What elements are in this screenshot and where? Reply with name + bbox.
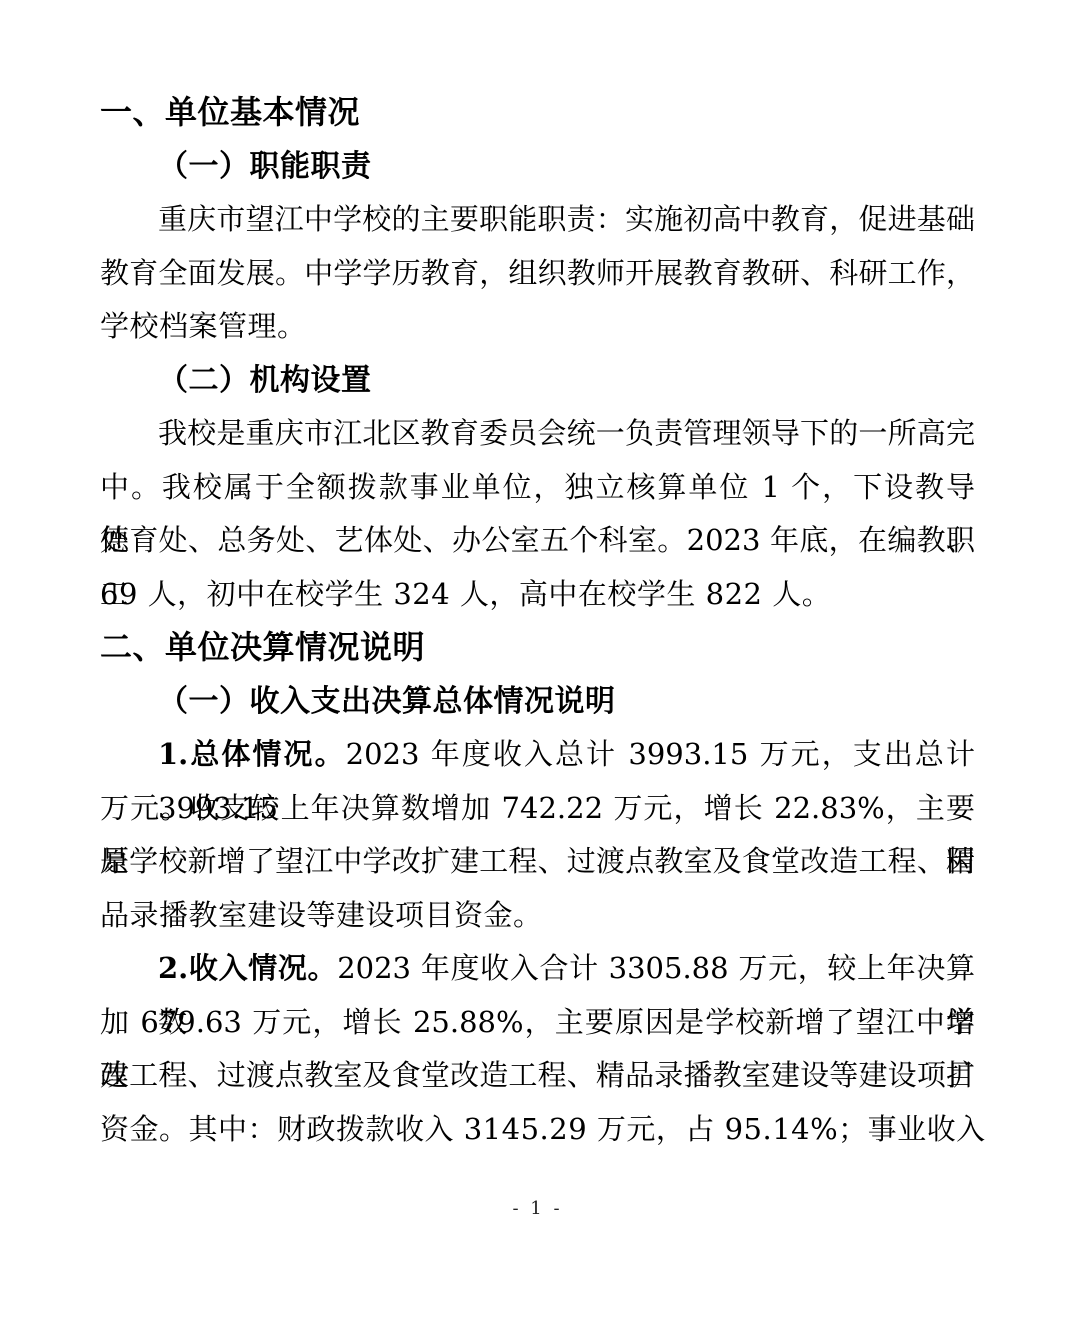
text-run: 品录播教室建设等建设项目资金。 [100, 898, 543, 932]
body-text-line: 1.总体情况。2023 年度收入总计 3993.15 万元，支出总计 3993.… [100, 728, 975, 782]
subsection-heading-1-2: （二）机构设置 [100, 354, 975, 408]
body-text-line: 品录播教室建设等建设项目资金。 [100, 889, 975, 943]
text-run: 我校是重庆市江北区教育委员会统一负责管理领导下的一所高完 [158, 416, 975, 450]
text-run: 建工程、过渡点教室及食堂改造工程、精品录播教室建设等建设项目 [100, 1058, 975, 1092]
body-text-line: 我校是重庆市江北区教育委员会统一负责管理领导下的一所高完 [100, 407, 975, 461]
document-page: 一、单位基本情况（一）职能职责重庆市望江中学校的主要职能职责：实施初高中教育，促… [0, 0, 1075, 1327]
body-text-line: 加 679.63 万元，增长 25.88%，主要原因是学校新增了望江中学改扩 [100, 996, 975, 1050]
text-run: 重庆市望江中学校的主要职能职责：实施初高中教育，促进基础 [158, 202, 975, 236]
text-run: 1.总体情况。 [158, 737, 346, 771]
body-text-line: 69 人，初中在校学生 324 人，高中在校学生 822 人。 [100, 568, 975, 622]
body-text-line: 学校档案管理。 [100, 300, 975, 354]
body-text-line: 建工程、过渡点教室及食堂改造工程、精品录播教室建设等建设项目 [100, 1049, 975, 1103]
text-run: 一、单位基本情况 [100, 94, 360, 130]
document-body: 一、单位基本情况（一）职能职责重庆市望江中学校的主要职能职责：实施初高中教育，促… [100, 86, 975, 1156]
text-run: 2.收入情况。 [158, 951, 337, 985]
text-run: （一）职能职责 [158, 149, 372, 184]
subsection-heading-2-1: （一）收入支出决算总体情况说明 [100, 675, 975, 729]
text-run: 是学校新增了望江中学改扩建工程、过渡点教室及食堂改造工程、精 [100, 844, 975, 878]
text-run: 二、单位决算情况说明 [100, 629, 425, 665]
body-text-line: 2.收入情况。2023 年度收入合计 3305.88 万元，较上年决算数增 [100, 942, 975, 996]
body-text-line: 重庆市望江中学校的主要职能职责：实施初高中教育，促进基础 [100, 193, 975, 247]
section-heading-2: 二、单位决算情况说明 [100, 621, 975, 675]
text-run: 教育全面发展。中学学历教育，组织教师开展教育教研、科研工作， [100, 256, 975, 290]
body-text-line: 教育全面发展。中学学历教育，组织教师开展教育教研、科研工作， [100, 247, 975, 301]
subsection-heading-1-1: （一）职能职责 [100, 140, 975, 194]
body-text-line: 中。我校属于全额拨款事业单位，独立核算单位 1 个，下设教导处、 [100, 461, 975, 515]
text-run: 69 人，初中在校学生 324 人，高中在校学生 822 人。 [100, 577, 831, 611]
body-text-line: 是学校新增了望江中学改扩建工程、过渡点教室及食堂改造工程、精 [100, 835, 975, 889]
text-run: 资金。其中：财政拨款收入 3145.29 万元，占 95.14%；事业收入 [100, 1112, 986, 1146]
page-number: - 1 - [0, 1198, 1075, 1219]
text-run: 学校档案管理。 [100, 309, 307, 343]
text-run: （一）收入支出决算总体情况说明 [158, 684, 616, 719]
body-text-line: 万元。收支较上年决算数增加 742.22 万元，增长 22.83%，主要原因 [100, 782, 975, 836]
body-text-line: 资金。其中：财政拨款收入 3145.29 万元，占 95.14%；事业收入 [100, 1103, 975, 1157]
text-run: （二）机构设置 [158, 363, 372, 398]
body-text-line: 德育处、总务处、艺体处、办公室五个科室。2023 年底，在编教职工 [100, 514, 975, 568]
section-heading-1: 一、单位基本情况 [100, 86, 975, 140]
